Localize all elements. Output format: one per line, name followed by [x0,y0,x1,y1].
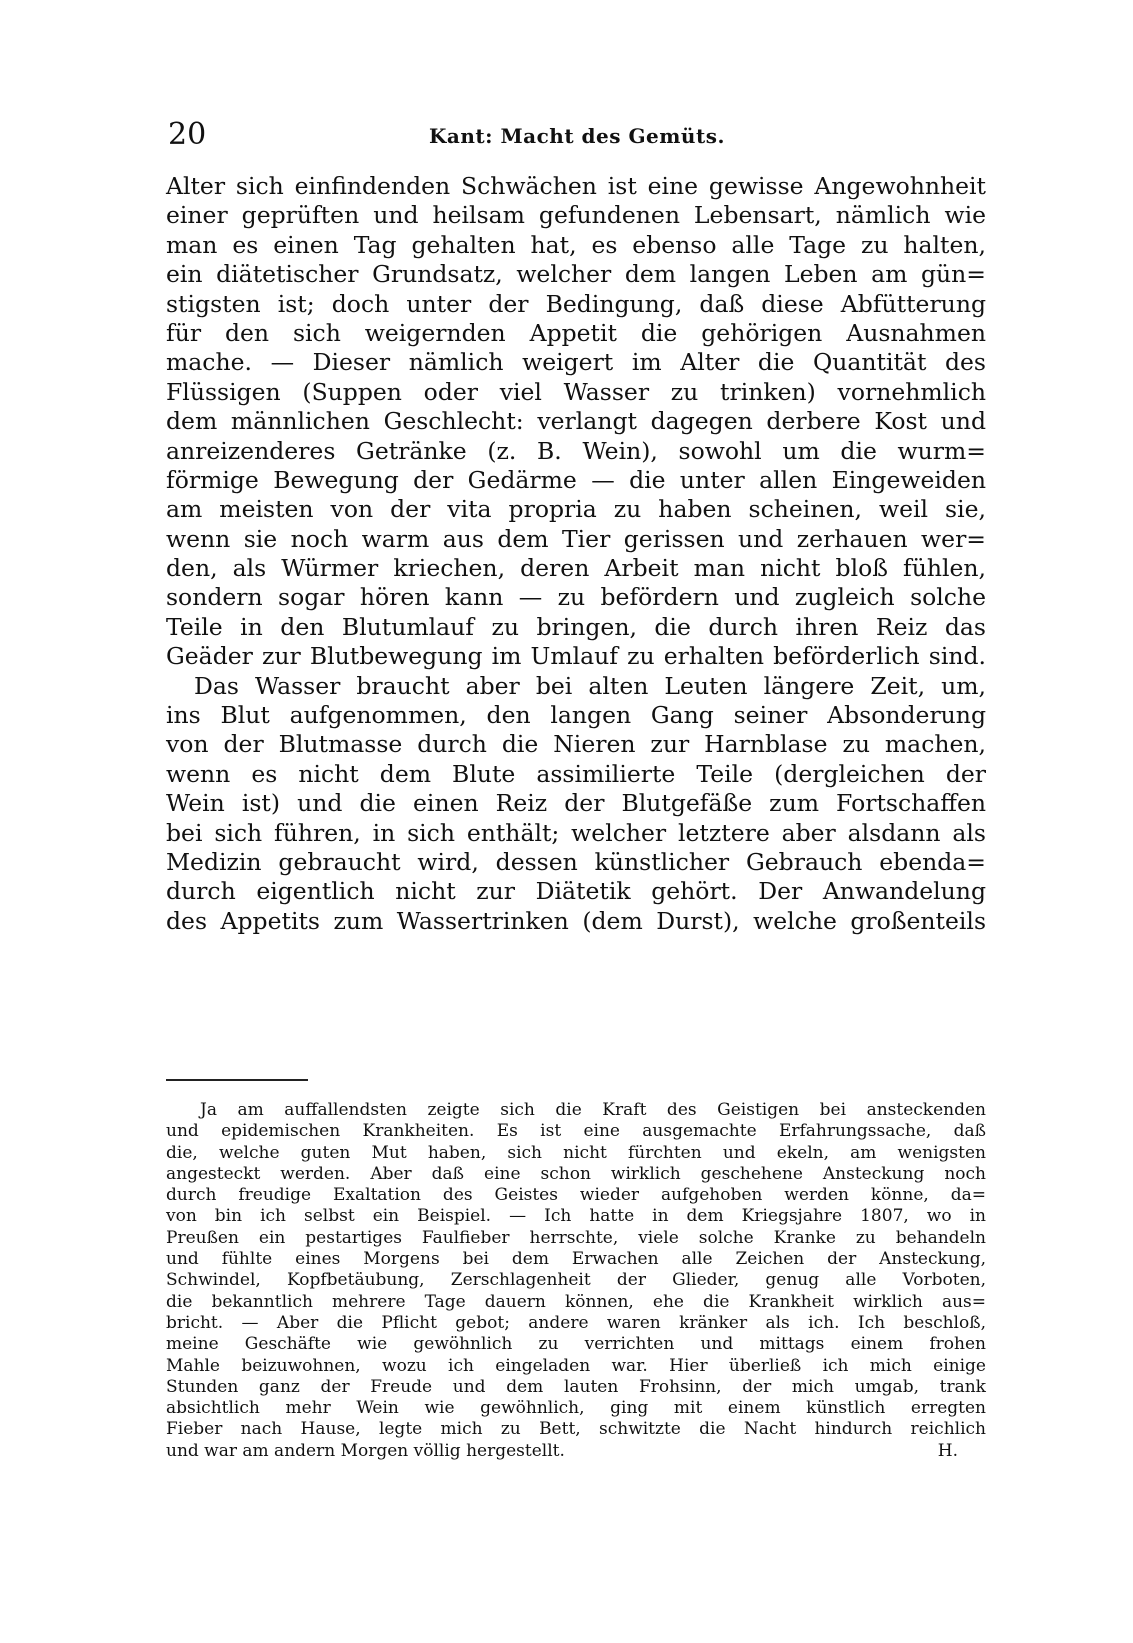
text-line: Wein ist) und die einen Reiz der Blutgef… [166,789,986,818]
footnote-line: und fühlte eines Morgens bei dem Erwache… [166,1249,986,1270]
text-line: von der Blutmasse durch die Nieren zur H… [166,730,986,759]
text-line: für den sich weigernden Appetit die gehö… [166,319,986,348]
text-line: wenn sie noch warm aus dem Tier gerissen… [166,525,986,554]
text-line: man es einen Tag gehalten hat, es ebenso… [166,231,986,260]
footnote-signature: H. [938,1441,958,1462]
text-line: stigsten ist; doch unter der Bedingung, … [166,290,986,319]
text-line: des Appetits zum Wassertrinken (dem Durs… [166,907,986,936]
text-line: Teile in den Blutumlauf zu bringen, die … [166,613,986,642]
text-line-paragraph-end: Geäder zur Blutbewegung im Umlauf zu erh… [166,642,986,671]
text-line: am meisten von der vita propria zu haben… [166,495,986,524]
footnote-line: Mahle beizuwohnen, wozu ich eingeladen w… [166,1356,986,1377]
text-line: wenn es nicht dem Blute assimilierte Tei… [166,760,986,789]
running-title: Kant: Macht des Gemüts. [168,122,986,150]
footnote: Ja am auffallendsten zeigte sich die Kra… [166,1100,986,1462]
text-line: förmige Bewegung der Gedärme — die unter… [166,466,986,495]
text-line: ins Blut aufgenommen, den langen Gang se… [166,701,986,730]
footnote-line: Fieber nach Hause, legte mich zu Bett, s… [166,1419,986,1440]
footnote-line: bricht. — Aber die Pflicht gebot; andere… [166,1313,986,1334]
footnote-line: absichtlich mehr Wein wie gewöhnlich, gi… [166,1398,986,1419]
footnote-line: die bekanntlich mehrere Tage dauern könn… [166,1292,986,1313]
footnote-line: meine Geschäfte wie gewöhnlich zu verric… [166,1334,986,1355]
text-line: durch eigentlich nicht zur Diätetik gehö… [166,877,986,906]
footnote-line: Schwindel, Kopfbetäubung, Zerschlagenhei… [166,1270,986,1291]
text-line: bei sich führen, in sich enthält; welche… [166,819,986,848]
footnote-last-line: und war am andern Morgen völlig hergeste… [166,1441,986,1462]
footnote-line: und epidemischen Krankheiten. Es ist ein… [166,1121,986,1142]
text-line: sondern sogar hören kann — zu befördern … [166,583,986,612]
text-line: mache. — Dieser nämlich weigert im Alter… [166,348,986,377]
footnote-line: angesteckt werden. Aber daß eine schon w… [166,1164,986,1185]
page-header: 20 Kant: Macht des Gemüts. [168,118,986,152]
footnote-separator [166,1079,308,1081]
text-line: Flüssigen (Suppen oder viel Wasser zu tr… [166,378,986,407]
footnote-line: von bin ich selbst ein Beispiel. — Ich h… [166,1206,986,1227]
text-line: ein diätetischer Grundsatz, welcher dem … [166,260,986,289]
footnote-line: Stunden ganz der Freude und dem lauten F… [166,1377,986,1398]
text-line: den, als Würmer kriechen, deren Arbeit m… [166,554,986,583]
text-line: anreizenderes Getränke (z. B. Wein), sow… [166,437,986,466]
text-line: Alter sich einfindenden Schwächen ist ei… [166,172,986,201]
footnote-line: durch freudige Exaltation des Geistes wi… [166,1185,986,1206]
footnote-line: Ja am auffallendsten zeigte sich die Kra… [166,1100,986,1121]
text-line: dem männlichen Geschlecht: verlangt dage… [166,407,986,436]
main-text: Alter sich einfindenden Schwächen ist ei… [166,172,986,936]
footnote-line: und war am andern Morgen völlig hergeste… [166,1441,565,1461]
text-line: einer geprüften und heilsam gefundenen L… [166,201,986,230]
text-line-paragraph-start: Das Wasser braucht aber bei alten Leuten… [166,672,986,701]
footnote-line: die, welche guten Mut haben, sich nicht … [166,1143,986,1164]
footnote-line: Preußen ein pestartiges Faulfieber herrs… [166,1228,986,1249]
text-line: Medizin gebraucht wird, dessen künstlich… [166,848,986,877]
book-page: 20 Kant: Macht des Gemüts. Alter sich ei… [0,0,1133,1643]
